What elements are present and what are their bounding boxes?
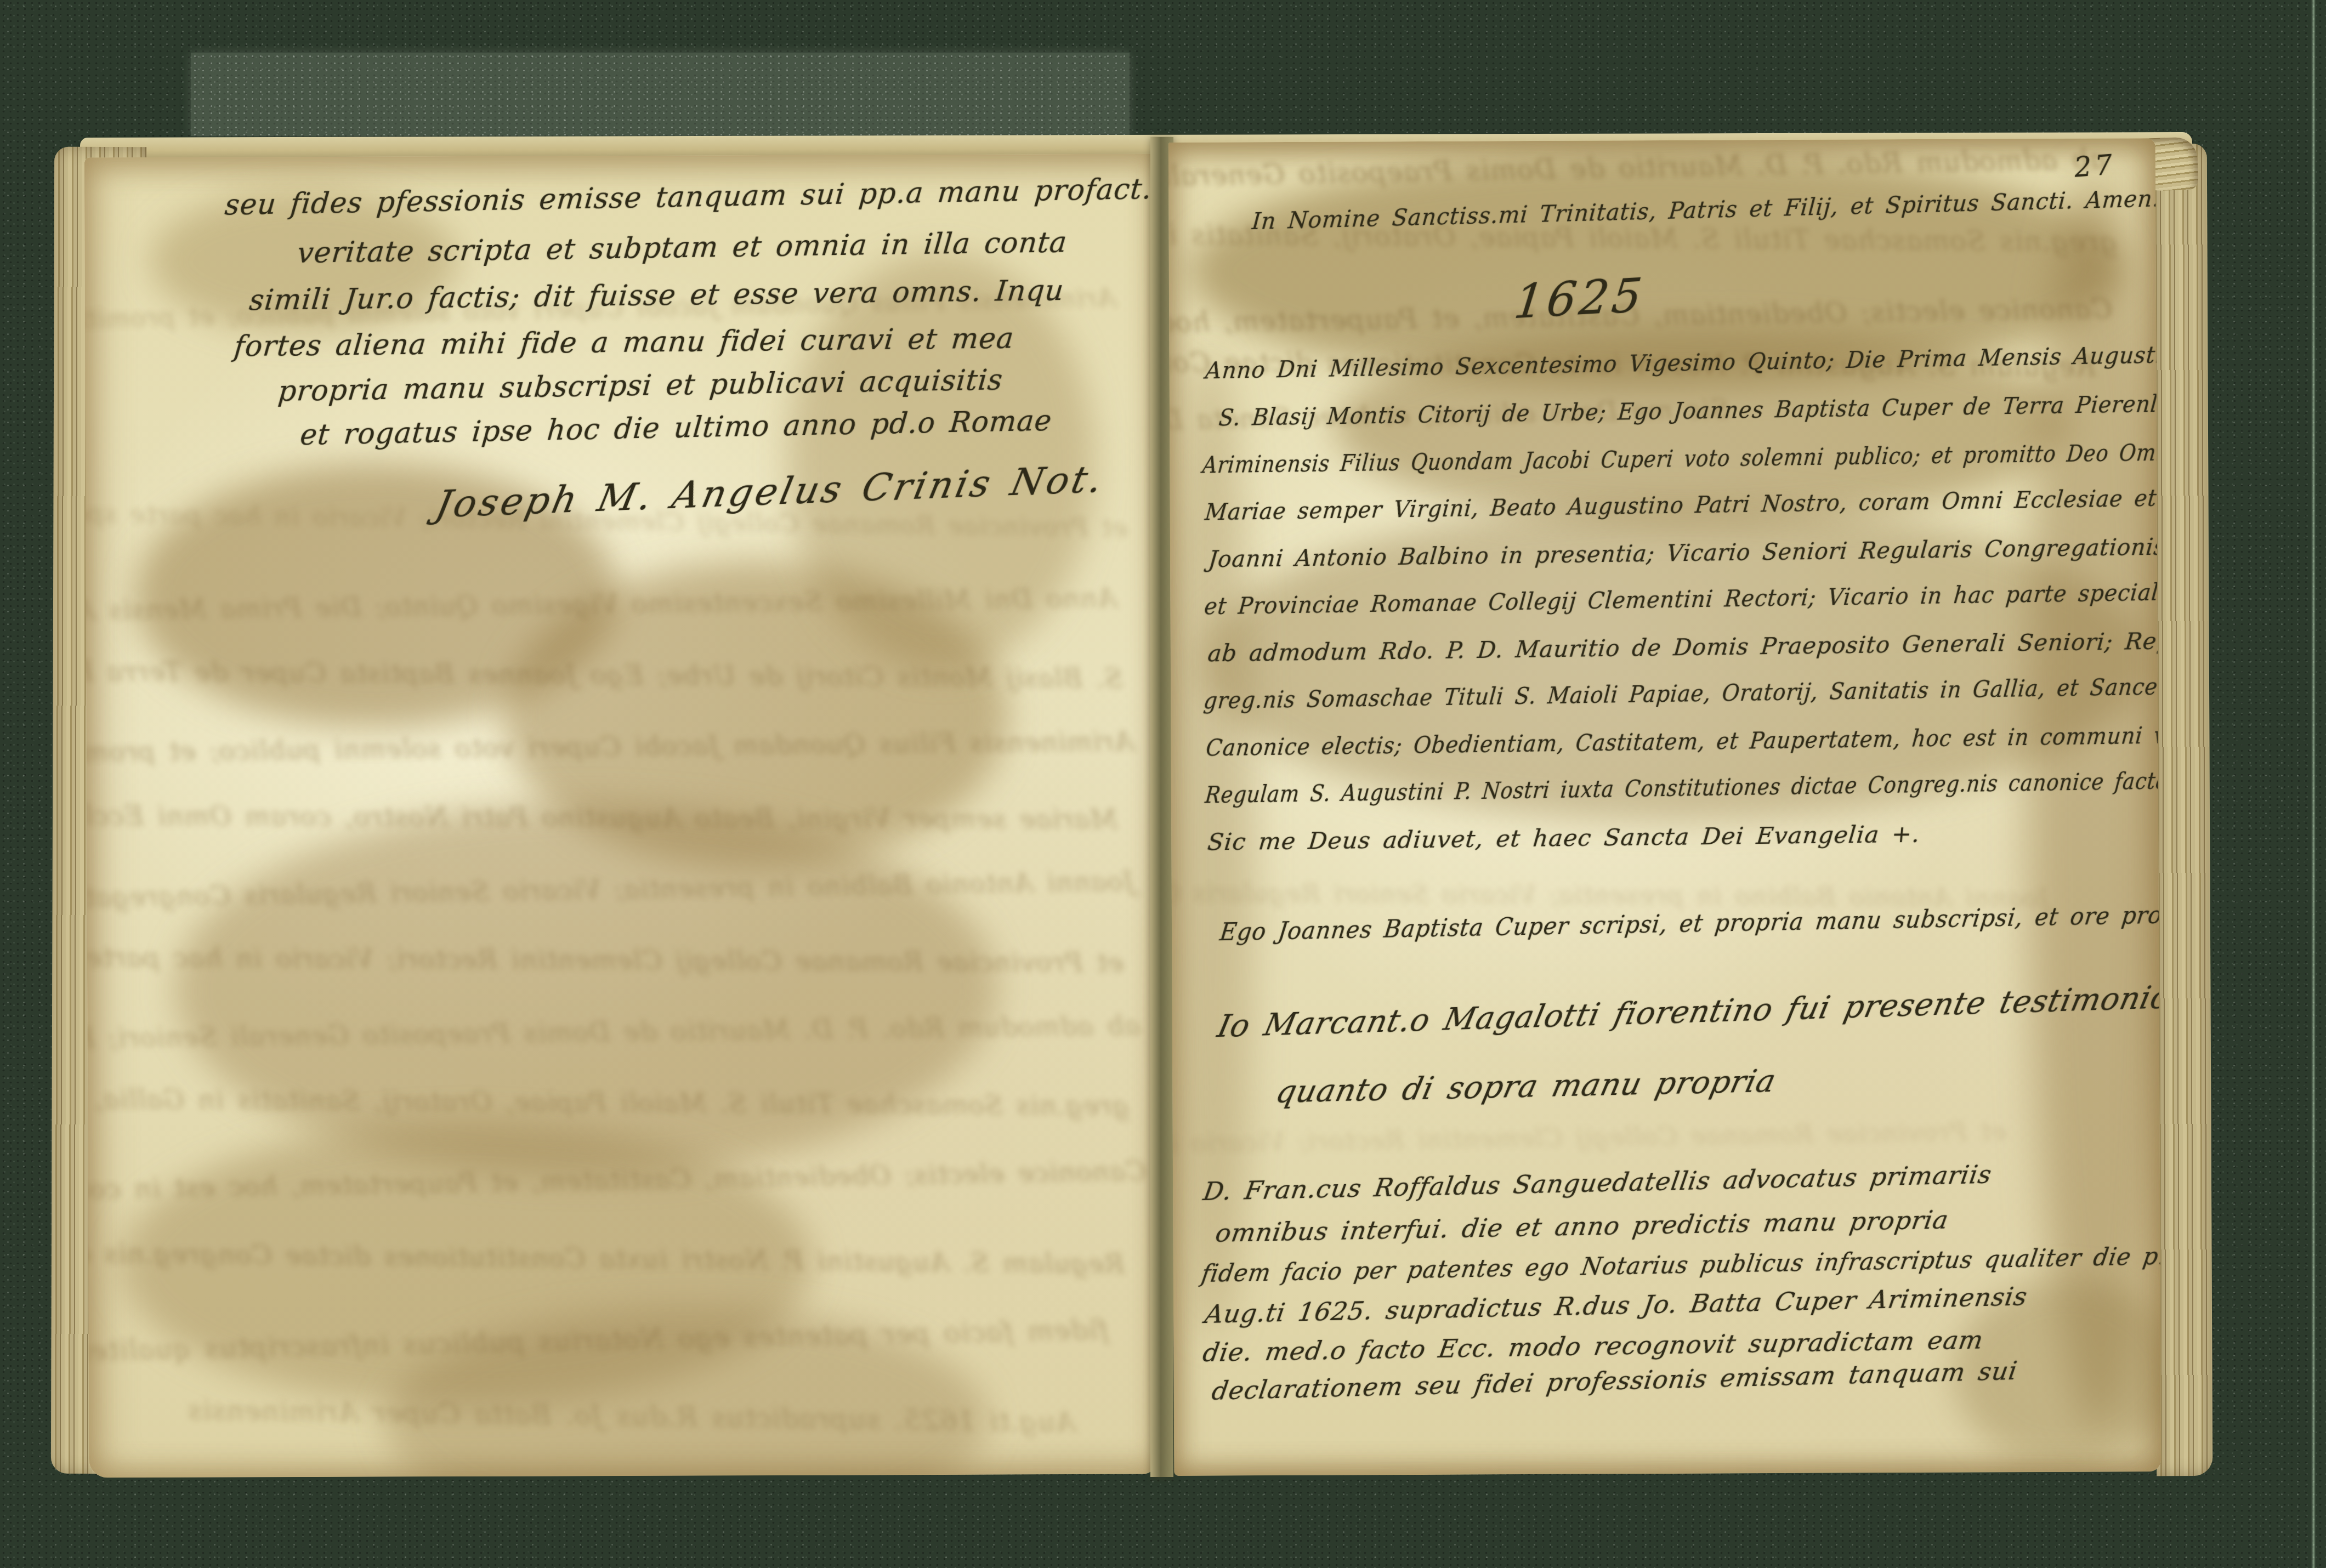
ink-stain <box>174 802 998 1177</box>
notary-line: Aug.ti 1625. supradictus R.dus Jo. Batta… <box>1203 1281 2030 1329</box>
witness-line: quanto di sopra manu propria <box>1273 1063 1779 1110</box>
manuscript-line: Sic me Deus adiuvet, et haec Sancta Dei … <box>1206 821 1921 856</box>
bleed-text-line: et Provinciae Romanae Collegij Clementin… <box>142 942 1124 978</box>
backdrop-strip <box>191 53 1130 136</box>
witness-line: Io Marcant.o Magalotti fiorentino fui pr… <box>1215 978 2162 1044</box>
notary-line: omnibus interfui. die et anno predictis … <box>1213 1205 1951 1248</box>
notary-line: D. Fran.cus Roffaldus Sanguedatellis adv… <box>1201 1159 1994 1206</box>
glass-edge-line <box>2311 0 2316 1568</box>
manuscript-line: seu fides pfessionis emisse tanquam sui … <box>223 173 1153 222</box>
year-heading: 1625 <box>1511 268 1648 329</box>
left-page: Ariminensis Filius Quondam Jacobi Cuperi… <box>84 154 1157 1478</box>
page-number: 27 <box>2073 149 2117 183</box>
bleed-text-line: Mariae semper Virgini, Beato Augustino P… <box>136 801 1117 835</box>
right-page: ab admodum Rdo. P. D. Mauritio de Domis … <box>1168 138 2162 1476</box>
photo-backdrop: Ariminensis Filius Quondam Jacobi Cuperi… <box>0 0 2326 1568</box>
notary-line: fidem facio per patentes ego Notarius pu… <box>1200 1242 2162 1288</box>
bleed-text-line: et Provinciae Romanae Collegij Clementin… <box>1238 1116 2006 1157</box>
